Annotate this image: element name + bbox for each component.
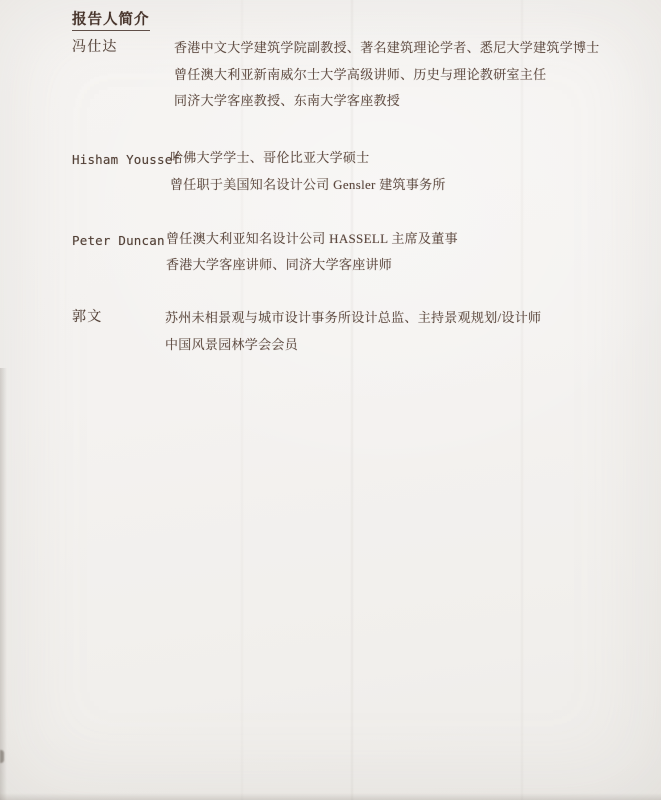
- speaker-bio-line: 曾任澳大利亚新南威尔士大学高级讲师、历史与理论教研室主任: [174, 67, 546, 83]
- paper-edge-mark: [0, 750, 4, 763]
- scanned-document-page: 报告人简介 冯仕达 香港中文大学建筑学院副教授、著名建筑理论学者、悉尼大学建筑学…: [0, 0, 661, 800]
- speaker-bio-line: 香港中文大学建筑学院副教授、著名建筑理论学者、悉尼大学建筑学博士: [174, 40, 600, 56]
- paper-crease: [520, 0, 524, 800]
- paper-vignette: [0, 0, 661, 800]
- speaker-bio-line: 香港大学客座讲师、同济大学客座讲师: [166, 257, 392, 273]
- paper-crease: [350, 0, 354, 800]
- speaker-bio-line: 苏州未相景观与城市设计事务所设计总监、主持景观规划/设计师: [165, 310, 541, 326]
- speaker-name: Hisham Youssef: [72, 152, 180, 167]
- speaker-bio-line: 曾任职于美国知名设计公司 Gensler 建筑事务所: [170, 177, 446, 193]
- speaker-bio-line: 曾任澳大利亚知名设计公司 HASSELL 主席及董事: [166, 231, 458, 247]
- paper-sheen: [0, 0, 661, 800]
- speaker-name: 冯仕达: [72, 40, 118, 56]
- speaker-name: Peter Duncan: [72, 233, 165, 248]
- paper-crease: [240, 0, 244, 800]
- page-title: 报告人简介: [72, 12, 150, 31]
- speaker-name: 郭文: [72, 310, 102, 326]
- speaker-bio-line: 同济大学客座教授、东南大学客座教授: [174, 93, 400, 109]
- paper-edge-shadow: [0, 793, 661, 800]
- speaker-bio-line: 中国风景园林学会会员: [165, 337, 298, 353]
- paper-edge-shadow: [0, 368, 7, 800]
- speaker-bio-line: 哈佛大学学士、哥伦比亚大学硕士: [170, 150, 370, 166]
